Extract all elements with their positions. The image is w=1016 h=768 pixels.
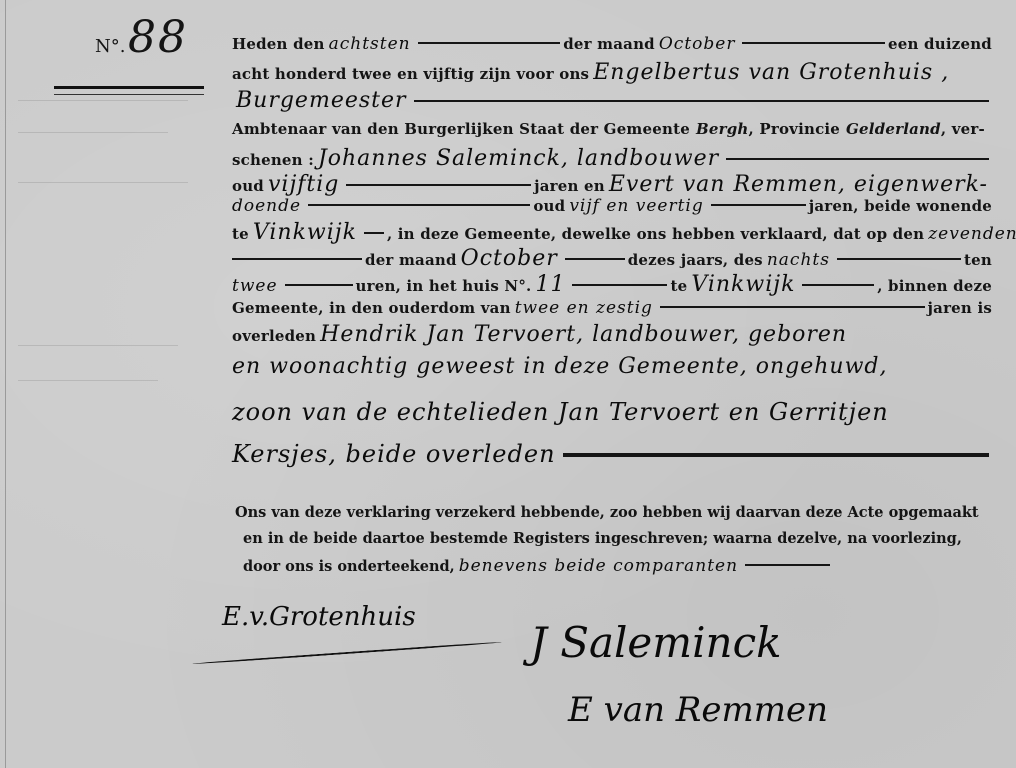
handwritten-official-name: Engelbertus van Grotenhuis , xyxy=(593,60,949,85)
printed-text: der maand xyxy=(365,251,457,269)
handwritten-parents: zoon van de echtelieden Jan Tervoert en … xyxy=(232,398,889,426)
fill-rule xyxy=(726,158,989,160)
handwritten-death-place: Vinkwijk xyxy=(691,272,795,297)
handwritten-official-title: Burgemeester xyxy=(236,88,407,113)
printed-text: jaren is xyxy=(928,299,992,317)
printed-text: Heden den xyxy=(232,35,325,53)
printed-text: overleden xyxy=(232,327,316,345)
printed-text: en in de beide daartoe bestemde Register… xyxy=(243,530,962,547)
text-line-12: overleden Hendrik Jan Tervoert, landbouw… xyxy=(232,322,992,350)
printed-text: , in deze Gemeente, dewelke ons hebben v… xyxy=(387,225,924,243)
printed-text: Gemeente, in den ouderdom van xyxy=(232,299,511,317)
text-line-3: Burgemeester xyxy=(232,88,992,116)
margin-rule xyxy=(5,0,6,768)
printed-text: , Provincie xyxy=(749,120,841,138)
signature-official: E.v.Grotenhuis xyxy=(222,602,416,632)
handwritten-time-of-day: nachts xyxy=(767,250,830,270)
text-line-5: schenen : Johannes Saleminck, landbouwer xyxy=(232,146,992,174)
handwritten-day: achtsten xyxy=(329,34,411,54)
fill-rule xyxy=(711,204,806,206)
province: Gelderland xyxy=(846,120,941,138)
fill-rule xyxy=(346,184,531,186)
text-line-8: te Vinkwijk , in deze Gemeente, dewelke … xyxy=(232,220,992,248)
bleed-through-line xyxy=(18,380,158,381)
printed-text: , ver- xyxy=(941,120,985,138)
printed-text: te xyxy=(670,277,687,295)
printed-text: Ambtenaar van den Burgerlijken Staat der… xyxy=(232,120,690,138)
closing-line-2: en in de beide daartoe bestemde Register… xyxy=(243,530,1003,547)
printed-text: dezes jaars, des xyxy=(628,251,763,269)
printed-text: der maand xyxy=(563,35,655,53)
bleed-through-line xyxy=(18,182,188,183)
printed-text: ten xyxy=(964,251,992,269)
fill-rule xyxy=(285,284,353,286)
handwritten-age-2: vijf en veertig xyxy=(569,196,703,216)
handwritten-house-number: 11 xyxy=(535,272,565,297)
handwritten-age-1: vijftig xyxy=(268,172,339,197)
closing-line-1: Ons van deze verklaring verzekerd hebben… xyxy=(235,504,995,521)
fill-rule xyxy=(742,42,885,44)
printed-text: , binnen deze xyxy=(877,277,992,295)
handwritten-occupation-cont: doende xyxy=(232,196,301,216)
fill-rule xyxy=(232,258,362,260)
handwritten-deceased-name: Hendrik Jan Tervoert, landbouwer, gebore… xyxy=(320,322,847,347)
printed-text: jaren en xyxy=(534,177,605,195)
fill-rule xyxy=(414,100,989,102)
bleed-through-line xyxy=(18,132,168,133)
handwritten-hour: twee xyxy=(232,276,278,296)
printed-text: acht honderd twee en vijftig zijn voor o… xyxy=(232,65,589,83)
handwritten-closing: benevens beide comparanten xyxy=(459,556,738,576)
printed-text: schenen : xyxy=(232,151,314,169)
printed-text: Ons van deze verklaring verzekerd hebben… xyxy=(235,504,979,521)
signature-flourish xyxy=(192,641,501,665)
bleed-through-line xyxy=(18,100,188,101)
signature-declarant-2: E van Remmen xyxy=(568,690,828,730)
fill-rule xyxy=(837,258,961,260)
text-line-13: en woonachtig geweest in deze Gemeente, … xyxy=(232,354,992,382)
handwritten-parents-cont: Kersjes, beide overleden xyxy=(232,440,556,468)
fill-rule xyxy=(308,204,530,206)
text-line-1: Heden den achtsten der maand October een… xyxy=(232,34,992,62)
text-line-2: acht honderd twee en vijftig zijn voor o… xyxy=(232,60,992,88)
record-number-rule xyxy=(54,86,204,95)
fill-rule xyxy=(364,232,384,234)
fill-rule xyxy=(565,258,625,260)
bleed-through-line xyxy=(18,345,178,346)
municipality: Bergh xyxy=(696,120,749,138)
closing-line-3: door ons is onderteekend, benevens beide… xyxy=(243,556,1003,576)
fill-rule xyxy=(660,306,925,308)
handwritten-death-day: zevenden xyxy=(928,224,1016,244)
fill-rule xyxy=(745,564,830,566)
text-line-10: twee uren, in het huis N°. 11 te Vinkwij… xyxy=(232,272,992,300)
printed-text: jaren, beide wonende xyxy=(809,197,992,215)
fill-rule xyxy=(563,453,989,457)
printed-text: te xyxy=(232,225,249,243)
handwritten-declarant-2: Evert van Remmen, eigenwerk- xyxy=(609,172,988,197)
printed-text: door ons is onderteekend, xyxy=(243,558,455,575)
fill-rule xyxy=(572,284,667,286)
record-number-label: N°. xyxy=(95,36,125,57)
handwritten-month: October xyxy=(659,34,736,54)
document-page: N°. 88 Heden den achtsten der maand Octo… xyxy=(0,0,1016,768)
text-line-15: Kersjes, beide overleden xyxy=(232,440,992,468)
printed-text: oud xyxy=(533,197,565,215)
record-number: 88 xyxy=(128,12,188,63)
handwritten-residence: Vinkwijk xyxy=(253,220,357,245)
text-line-9: der maand October dezes jaars, des nacht… xyxy=(232,246,992,274)
signature-declarant-1: J Saleminck xyxy=(530,618,782,667)
fill-rule xyxy=(418,42,561,44)
printed-text: een duizend xyxy=(888,35,992,53)
text-line-4: Ambtenaar van den Burgerlijken Staat der… xyxy=(232,120,992,148)
handwritten-deceased-details: en woonachtig geweest in deze Gemeente, … xyxy=(232,354,888,379)
fill-rule xyxy=(802,284,874,286)
printed-text: oud xyxy=(232,177,264,195)
handwritten-deceased-age: twee en zestig xyxy=(515,298,653,318)
text-line-14: zoon van de echtelieden Jan Tervoert en … xyxy=(232,398,992,426)
handwritten-declarant-1: Johannes Saleminck, landbouwer xyxy=(318,146,719,171)
handwritten-death-month: October xyxy=(461,246,558,271)
printed-text: uren, in het huis N°. xyxy=(356,277,532,295)
